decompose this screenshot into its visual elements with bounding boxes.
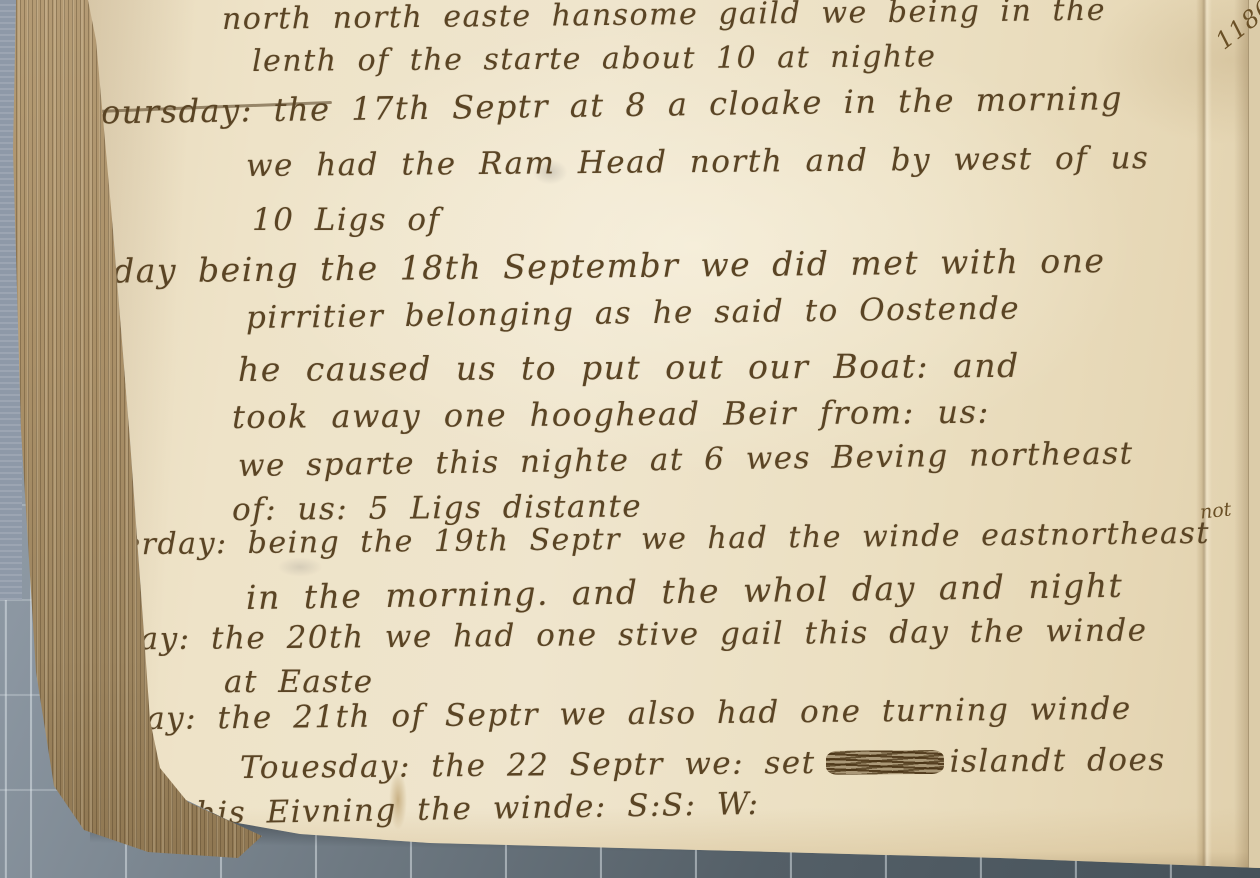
manuscript-line: 10 Ligs of [252,202,441,238]
manuscript-line: this Eivning the winde: S:S: W: [182,786,760,832]
manuscript-line: at Easte [224,664,374,700]
manuscript-line: north north easte hansome gaild we being… [222,0,1106,37]
manuscript-line: he caused us to put out our Boat: and [238,346,1020,389]
manuscript-line: lenth of the starte about 10 at nighte [252,39,937,79]
manuscript-page: north north easte hansome gaild we being… [0,0,1260,878]
manuscript-line: took away one hooghead Beir from: us: [232,393,990,436]
photo-scene: north north easte hansome gaild we being… [0,0,1260,878]
manuscript-line-thursday: Thoursday: the 17th Septr at 8 a cloake … [56,79,1124,132]
manuscript-line: pirritier belonging as he said to Oosten… [246,291,1021,336]
manuscript-line-tuesday: Touesday: the 22 Septr we: setislandt do… [240,742,1166,786]
page-right-edge-shadow [1234,0,1248,878]
manuscript-line: we sparte this nighte at 6 wes Beving no… [238,435,1134,484]
fold-crease [1196,0,1212,878]
manuscript-line-monday: Monday: the 21th of Septr we also had on… [50,691,1132,738]
underlying-page-edge [1248,0,1260,878]
manuscript-line-friday: fryday being the 18th Septembr we did me… [62,241,1106,291]
manuscript-line-tuesday-part-2: islandt does [949,742,1165,780]
manuscript-line-saturday: Setterday: being the 19th Septr we had t… [54,516,1210,563]
manuscript-line-tuesday-part-1: Touesday: the 22 Septr we: set [240,745,816,786]
margin-note: not [1199,498,1232,523]
manuscript-line: we had the Ram Head north and by west of… [246,140,1150,184]
manuscript-line-sunday: Sonday: the 20th we had one stive gail t… [54,612,1148,658]
scribbled-out-word [826,750,944,775]
manuscript-line: in the morning. and the whol day and nig… [246,566,1124,617]
